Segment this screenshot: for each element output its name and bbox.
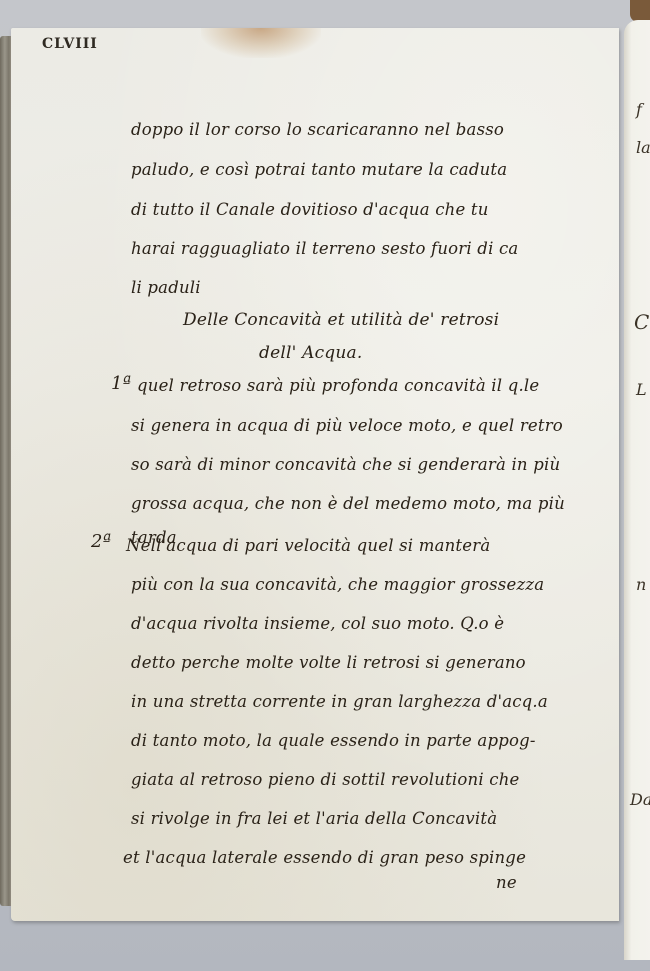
facing-page-mark: Da xyxy=(630,790,650,809)
text-line: di tanto moto, la quale essendo in parte… xyxy=(131,731,536,750)
text-line: giata al retroso pieno di sottil revolut… xyxy=(131,770,520,789)
text-line: d'acqua rivolta insieme, col suo moto. Q… xyxy=(131,614,504,633)
facing-page-edge: f la C L n Da xyxy=(624,20,650,960)
text-line: harai ragguagliato il terreno sesto fuor… xyxy=(131,239,518,258)
facing-page-mark: f xyxy=(636,100,642,119)
text-line: paludo, e così potrai tanto mutare la ca… xyxy=(131,160,507,179)
text-line: si rivolge in fra lei et l'aria della Co… xyxy=(131,809,497,828)
text-line: grossa acqua, che non è del medemo moto,… xyxy=(131,494,565,513)
text-line: quel retroso sarà più profonda concavità… xyxy=(137,376,539,395)
section-heading-line2: dell' Acqua. xyxy=(259,343,362,363)
facing-page-mark: L xyxy=(636,380,647,399)
facing-page-mark: n xyxy=(636,575,646,594)
catchword: ne xyxy=(496,873,517,892)
text-line: doppo il lor corso lo scaricaranno nel b… xyxy=(131,120,504,139)
facing-page-mark: la xyxy=(636,138,650,157)
water-stain xyxy=(201,28,321,58)
paragraph-marker: 2ª xyxy=(91,531,111,552)
paragraph-marker: 1ª xyxy=(111,373,131,394)
text-line: di tutto il Canale dovitioso d'acqua che… xyxy=(131,200,489,219)
section-heading-line1: Delle Concavità et utilità de' retrosi xyxy=(183,310,499,330)
folio-number: CLVIII xyxy=(42,36,98,52)
text-line: più con la sua concavità, che maggior gr… xyxy=(131,575,544,594)
book-cover-corner xyxy=(630,0,650,22)
text-line: si genera in acqua di più veloce moto, e… xyxy=(131,416,563,435)
manuscript-page: CLVIII doppo il lor corso lo scaricarann… xyxy=(11,28,619,921)
text-line: Nell'acqua di pari velocità quel si mant… xyxy=(126,536,490,555)
text-line: li paduli xyxy=(131,278,201,297)
text-line: so sarà di minor concavità che si gender… xyxy=(131,455,560,474)
facing-page-mark: C xyxy=(634,310,649,334)
text-line: et l'acqua laterale essendo di gran peso… xyxy=(123,848,526,867)
text-line: in una stretta corrente in gran larghezz… xyxy=(131,692,548,711)
text-line: detto perche molte volte li retrosi si g… xyxy=(131,653,526,672)
